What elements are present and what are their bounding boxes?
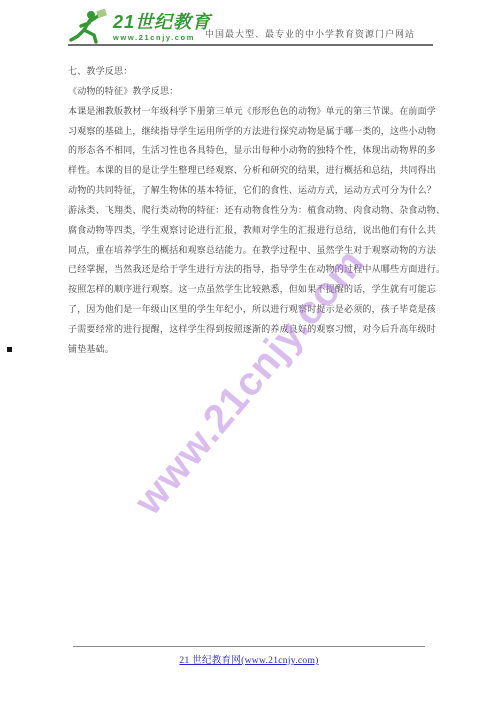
body-text-line: 动物的共同特征，了解生物体的基本特征，它们的食性、运动方式，运动方式可分为什么？ bbox=[68, 181, 432, 201]
body-text-line: 样性。本课的目的是让学生整理已经观察、分析和研究的结果，进行概括和总结，共同得出 bbox=[68, 161, 432, 181]
section-heading: 七、教学反思： bbox=[68, 62, 432, 82]
body-text-line: 习观察的基础上，继续指导学生运用所学的方法进行探究动物是属于哪一类的，这些小动物 bbox=[68, 122, 432, 142]
section-heading: 《动物的特征》教学反思： bbox=[68, 82, 432, 102]
brand-name: 21世纪教育 bbox=[113, 12, 211, 32]
brand-block: 21世纪教育 www.21cnjy.com bbox=[113, 12, 211, 42]
body-paragraph: 本课是湘教版教材一年级科学下册第三单元《形形色色的动物》单元的第三节课。在前面学… bbox=[68, 102, 432, 360]
body-text-line: 的形态各不相同，生活习性也各具特色，显示出每种小动物的独特个性，体现出动物界的多 bbox=[68, 141, 432, 161]
body-text-line: 同点，重在培养学生的概括和观察总结能力。在教学过程中、虽然学生对于观察动物的方法 bbox=[68, 241, 432, 261]
body-text-line: 游泳类、飞翔类、爬行类动物的特征：还有动物食性分为：植食动物、肉食动物、杂食动物… bbox=[68, 201, 432, 221]
body-text-line: 铺垫基础。 bbox=[68, 340, 432, 360]
body-text-line: 按照怎样的顺序进行观察。这一点虽然学生比较熟悉，但如果不提醒的话，学生就有可能忘 bbox=[68, 280, 432, 300]
header-divider bbox=[68, 44, 433, 46]
body-text-line: 了，因为他们是一年级山区里的学生年纪小，所以进行观察时提示是必须的，孩子毕竟是孩 bbox=[68, 300, 432, 320]
brand-url: www.21cnjy.com bbox=[113, 33, 211, 42]
body-text-line: 腐食动物等四类，学生观察讨论进行汇报，教师对学生的汇报进行总结，说出他们有什么共 bbox=[68, 221, 432, 241]
header-tagline: 中国最大型、最专业的中小学教育资源门户网站 bbox=[205, 27, 433, 40]
stray-mark bbox=[7, 347, 12, 352]
document-body: 七、教学反思： 《动物的特征》教学反思： 本课是湘教版教材一年级科学下册第三单元… bbox=[68, 62, 432, 360]
header: 21世纪教育 www.21cnjy.com 中国最大型、最专业的中小学教育资源门… bbox=[68, 8, 433, 45]
footer: 21 世纪教育网(www.21cnjy.com) bbox=[73, 646, 425, 668]
body-text-line: 本课是湘教版教材一年级科学下册第三单元《形形色色的动物》单元的第三节课。在前面学 bbox=[68, 102, 432, 122]
body-text-line: 子需要经常的进行提醒，这样学生得到按照逐渐的养成良好的观察习惯，对今后升高年级时 bbox=[68, 320, 432, 340]
footer-link[interactable]: 21 世纪教育网(www.21cnjy.com) bbox=[179, 656, 318, 666]
body-text-line: 已经掌握，当然我还是给于学生进行方法的指导，指导学生在动物的过程中从哪些方面进行… bbox=[68, 260, 432, 280]
